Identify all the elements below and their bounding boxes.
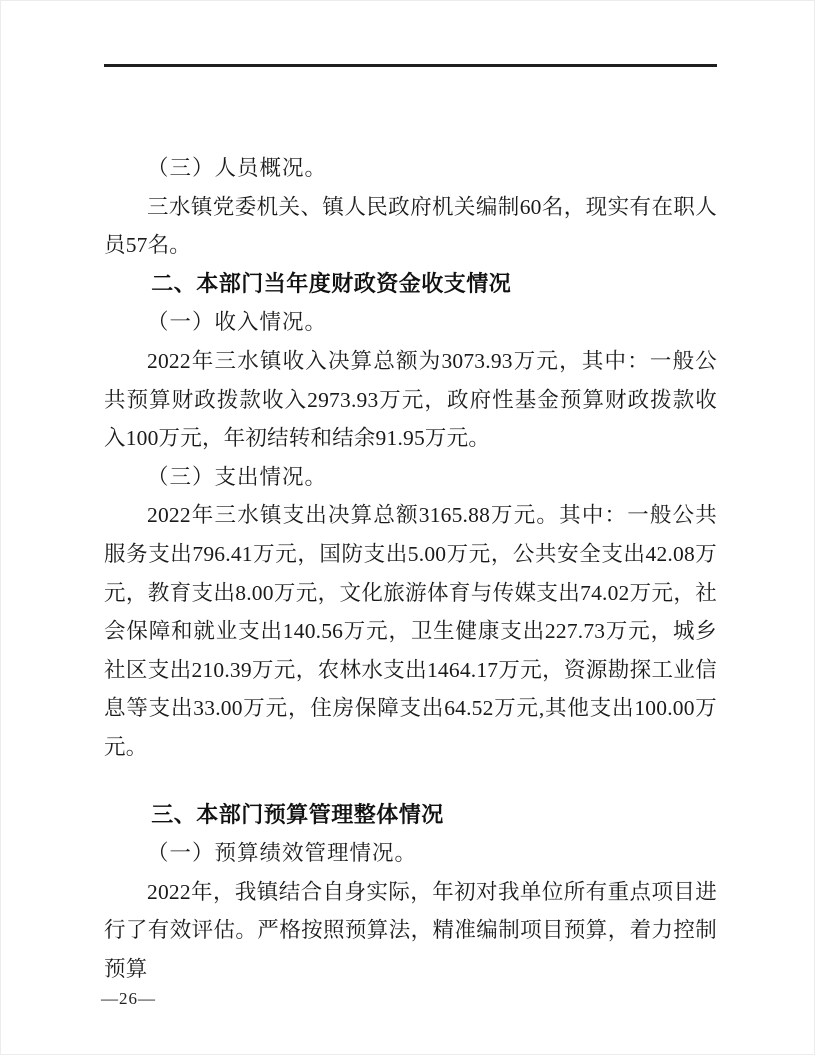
document-body: （三）人员概况。 三水镇党委机关、镇人民政府机关编制60名，现实有在职人员57名…	[104, 149, 717, 988]
section3-budget-management-heading: 三、本部门预算管理整体情况	[104, 796, 717, 835]
personnel-overview-paragraph: 三水镇党委机关、镇人民政府机关编制60名，现实有在职人员57名。	[104, 188, 717, 265]
header-divider-rule	[104, 64, 717, 67]
budget-performance-paragraph: 2022年，我镇结合自身实际，年初对我单位所有重点项目进行了有效评估。严格按照预…	[104, 873, 717, 989]
income-situation-paragraph: 2022年三水镇收入决算总额为3073.93万元，其中：一般公共预算财政拨款收入…	[104, 342, 717, 458]
expenditure-situation-subheading: （三）支出情况。	[104, 458, 717, 497]
budget-performance-subheading: （一）预算绩效管理情况。	[104, 834, 717, 873]
expenditure-situation-paragraph: 2022年三水镇支出决算总额3165.88万元。其中：一般公共服务支出796.4…	[104, 496, 717, 766]
page-number: —26—	[101, 989, 156, 1009]
document-page: （三）人员概况。 三水镇党委机关、镇人民政府机关编制60名，现实有在职人员57名…	[0, 0, 815, 1055]
personnel-overview-subheading: （三）人员概况。	[104, 149, 717, 188]
section2-fiscal-funds-heading: 二、本部门当年度财政资金收支情况	[104, 265, 717, 304]
income-situation-subheading: （一）收入情况。	[104, 303, 717, 342]
